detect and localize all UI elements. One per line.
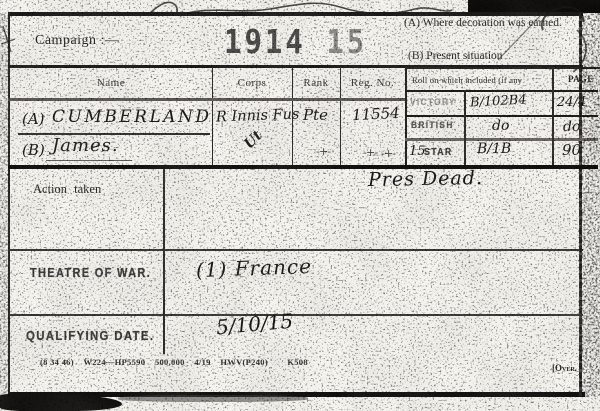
- roll-victory-page: 24/4: [557, 95, 586, 110]
- row-a-reg: 11554: [352, 104, 401, 124]
- roll-victory-roll: B/102B4: [470, 93, 527, 111]
- campaign-stamp-15: 15: [326, 23, 367, 61]
- card-border-top: [8, 12, 583, 16]
- table-bottom-line: [8, 165, 598, 169]
- row-b-name: James.: [52, 135, 119, 156]
- row-a-corps: R Innis Fus: [216, 107, 300, 126]
- roll-british-page: do: [563, 119, 580, 135]
- roll-star-page: 90: [562, 141, 581, 159]
- over-label: [Over.: [552, 363, 577, 373]
- row-b-name-underline: [46, 160, 132, 161]
- col-header-corps: Corps: [212, 70, 292, 96]
- roll-victory-label: VICTORY: [410, 97, 456, 108]
- action-taken-value: Pres Dead.: [368, 167, 483, 191]
- note-b: (B) Present situation: [408, 50, 503, 62]
- theatre-section-underline: [8, 314, 583, 316]
- action-taken-label: Action taken: [33, 182, 101, 197]
- scan-blob-bottom-left: [0, 394, 122, 411]
- divider-theatre: [163, 249, 165, 315]
- col-header-rank: Rank: [292, 70, 340, 96]
- campaign-stamp-1914: 1914: [224, 23, 306, 61]
- roll-header-label: Roll on which included (if any: [412, 75, 522, 85]
- row-a-rank: Pte: [303, 106, 328, 124]
- divider-qualifying: [163, 314, 165, 354]
- row-b-prefix: (B): [22, 141, 45, 159]
- medal-index-card-scan: Campaign :— 1914 15 (A) Where decoration…: [0, 0, 600, 411]
- roll-star-roll: B/1B: [477, 141, 511, 157]
- roll-col-sep-medal: [464, 90, 466, 165]
- qualifying-label: QUALIFYING DATE.: [26, 328, 154, 343]
- campaign-label: Campaign :—: [35, 33, 119, 49]
- row-a-prefix: (A): [22, 110, 45, 128]
- row-a-name: CUMBERLAND: [52, 107, 212, 127]
- roll-header-underline: [405, 90, 598, 92]
- row-b-reg-mark: -+-: [381, 147, 395, 160]
- col-header-reg: Reg. No.: [340, 70, 405, 96]
- divider-action: [163, 169, 165, 250]
- roll-star-label-stamp: STAR: [424, 147, 453, 158]
- campaign-stamp: 1914 15: [224, 23, 367, 61]
- theatre-value: (1) France: [196, 254, 313, 282]
- scan-smudge-bottom: [118, 395, 308, 402]
- roll-header-page: PAGE: [568, 74, 594, 84]
- roll-british-label: BRITISH: [411, 120, 454, 131]
- roll-british-roll: do: [492, 118, 509, 134]
- scribble-artifacts: [0, 0, 600, 411]
- theatre-label: THEATRE OF WAR.: [30, 266, 151, 280]
- col-header-name: Name: [10, 70, 212, 96]
- scan-noise: [0, 0, 600, 411]
- header-row-underline: [8, 98, 406, 101]
- roll-col-sep-page: [552, 67, 554, 165]
- row-b-corps-mark: -+-: [316, 145, 330, 158]
- row-b-rank-mark: -+-: [363, 146, 377, 159]
- action-section-underline: [8, 249, 583, 251]
- printers-code: (8 34 46) W224—HP5590 500,000 4/19 HWV(P…: [40, 357, 308, 367]
- note-a: (A) Where decoration was earned.: [404, 17, 562, 29]
- row-b-side-mark: Ut: [241, 128, 266, 153]
- roll-row-sep-1: [405, 115, 598, 117]
